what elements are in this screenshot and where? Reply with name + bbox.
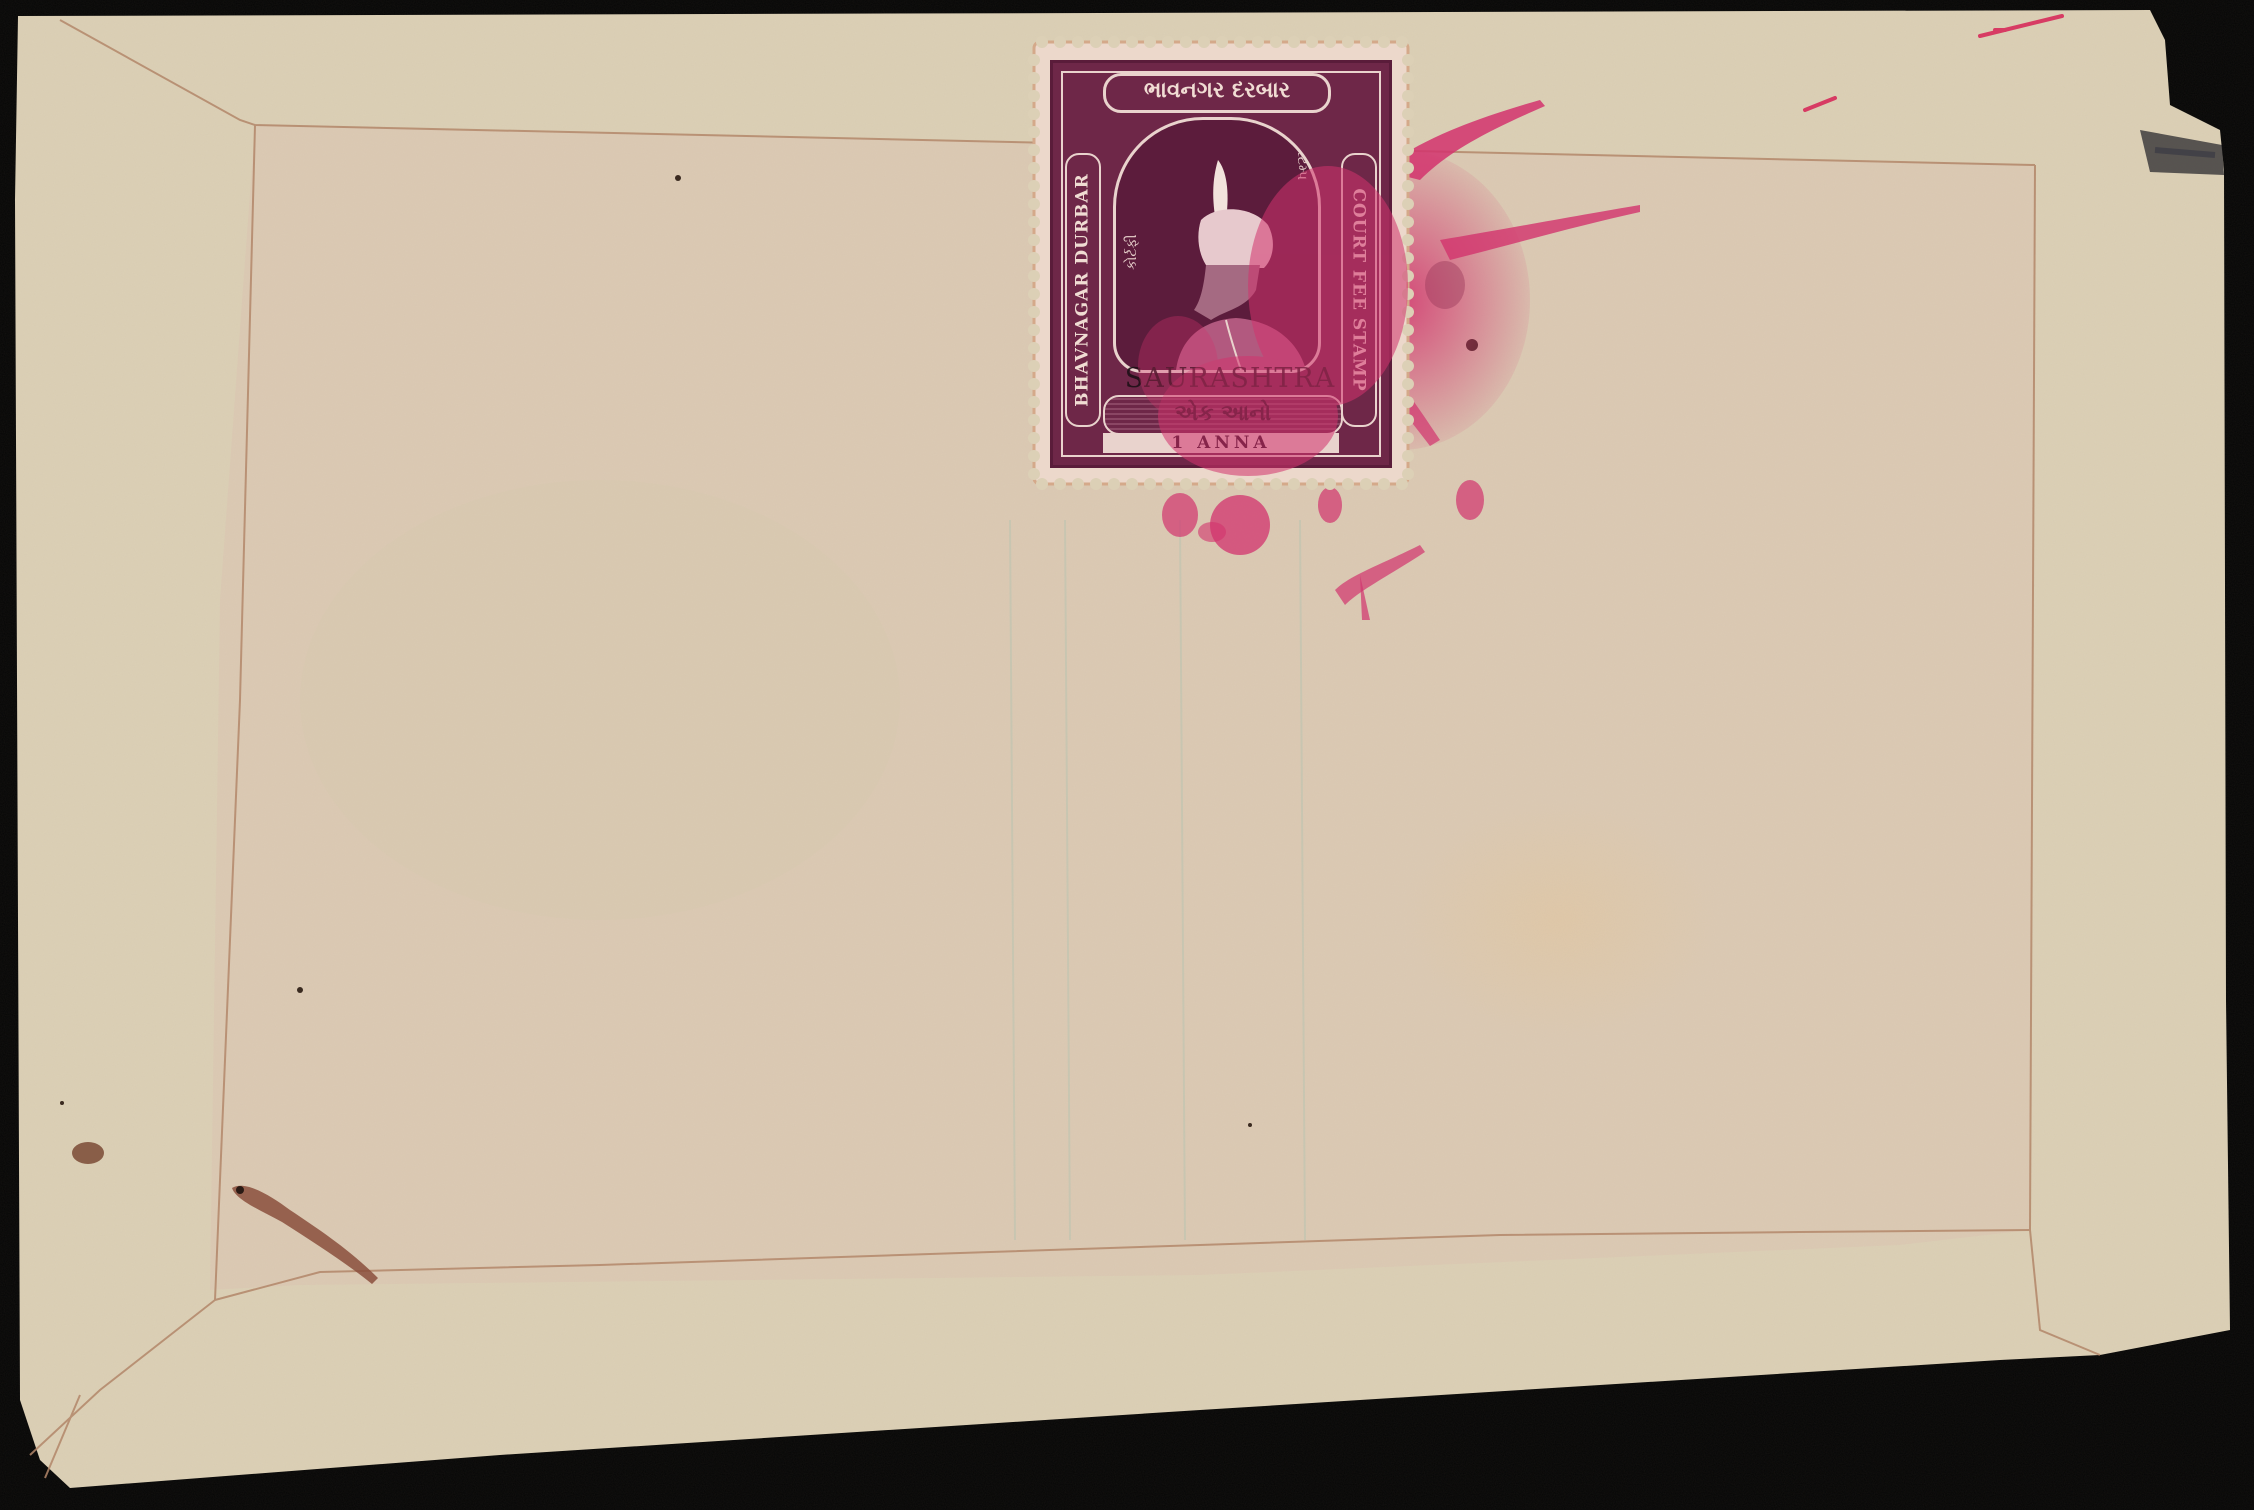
stamp-design: ભાવનગર દરબાર BHAVNAGAR DURBAR COURT FEE … xyxy=(1050,60,1392,468)
court-fee-stamp: ભાવનગર દરબાર BHAVNAGAR DURBAR COURT FEE … xyxy=(1028,36,1414,490)
arch-left-text: કોર્ટફી xyxy=(1124,234,1140,270)
arch-right-text: સ્ટેમ્પ xyxy=(1294,150,1310,180)
maharaja-portrait-icon xyxy=(1156,160,1306,370)
stamp-portrait-arch: કોર્ટફી સ્ટેમ્પ xyxy=(1113,117,1321,373)
stamp-left-text: BHAVNAGAR DURBAR xyxy=(1073,173,1093,406)
stamp-top-text: ભાવનગર દરબાર xyxy=(1103,73,1331,113)
stamp-value-gujarati: એક આનો xyxy=(1103,395,1343,435)
stamp-overprint: SAURASHTRA xyxy=(1095,363,1365,394)
stamp-value-english: 1 ANNA xyxy=(1103,433,1339,453)
envelope-scan: ભાવનગર દરબાર BHAVNAGAR DURBAR COURT FEE … xyxy=(0,0,2254,1510)
stain-spot xyxy=(72,1142,104,1164)
stamp-right-text: COURT FEE STAMP xyxy=(1349,188,1369,391)
